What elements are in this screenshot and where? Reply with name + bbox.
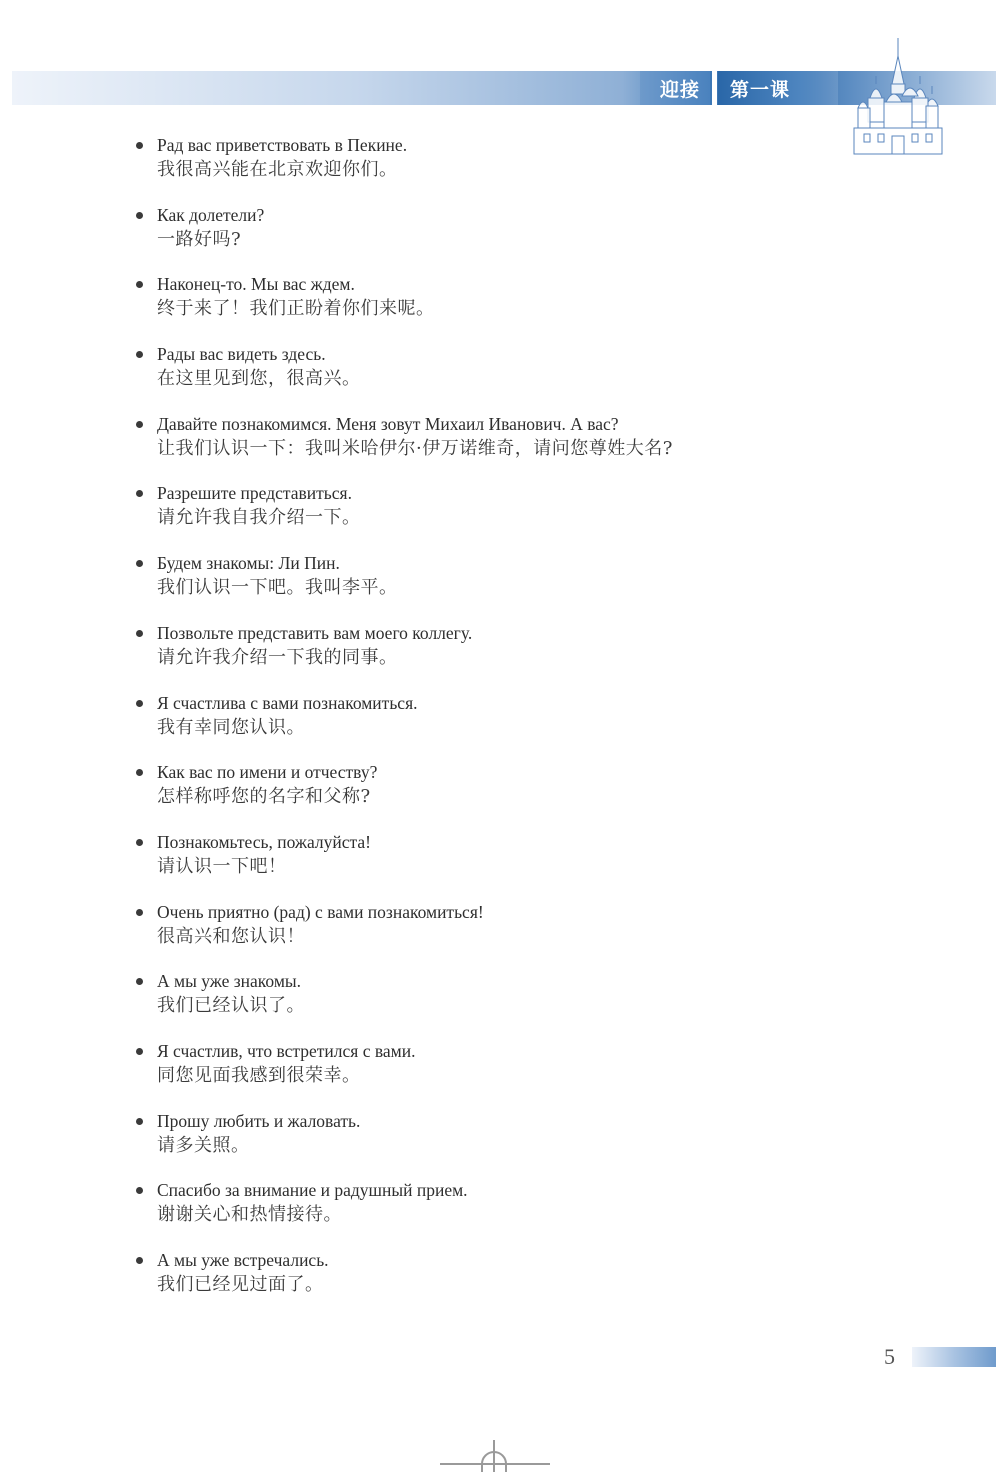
phrase-chinese: 请允许我自我介绍一下。 bbox=[157, 505, 673, 531]
phrase-russian: Как долетели? bbox=[157, 203, 673, 227]
phrase-item: Наконец-то. Мы вас ждем.终于来了！我们正盼着你们来呢。 bbox=[133, 272, 673, 342]
bullet-icon bbox=[136, 351, 143, 358]
lesson-title: 第一课 bbox=[718, 71, 838, 105]
phrase-chinese: 我们已经认识了。 bbox=[157, 993, 673, 1019]
phrase-item: Будем знакомы: Ли Пин.我们认识一下吧。我叫李平。 bbox=[133, 551, 673, 621]
phrase-chinese: 在这里见到您，很高兴。 bbox=[157, 366, 673, 392]
phrase-russian: Я счастлив, что встретился с вами. bbox=[157, 1039, 673, 1063]
bullet-icon bbox=[136, 978, 143, 985]
phrase-chinese: 谢谢关心和热情接待。 bbox=[157, 1202, 673, 1228]
phrase-chinese: 请多关照。 bbox=[157, 1133, 673, 1159]
phrase-russian: Разрешите представиться. bbox=[157, 481, 673, 505]
phrase-chinese: 一路好吗? bbox=[157, 227, 673, 253]
phrase-russian: Спасибо за внимание и радушный прием. bbox=[157, 1178, 673, 1202]
bullet-icon bbox=[136, 909, 143, 916]
phrase-russian: Наконец-то. Мы вас ждем. bbox=[157, 272, 673, 296]
bullet-icon bbox=[136, 142, 143, 149]
phrase-chinese: 我很高兴能在北京欢迎你们。 bbox=[157, 157, 673, 183]
bullet-icon bbox=[136, 769, 143, 776]
phrase-russian: А мы уже встречались. bbox=[157, 1248, 673, 1272]
phrase-russian: Познакомьтесь, пожалуйста! bbox=[157, 830, 673, 854]
phrase-russian: Рады вас видеть здесь. bbox=[157, 342, 673, 366]
phrase-russian: Будем знакомы: Ли Пин. bbox=[157, 551, 673, 575]
phrase-chinese: 我们已经见过面了。 bbox=[157, 1272, 673, 1298]
phrase-chinese: 怎样称呼您的名字和父称? bbox=[157, 784, 673, 810]
phrase-russian: Позвольте представить вам моего коллегу. bbox=[157, 621, 673, 645]
phrase-russian: Я счастлива с вами познакомиться. bbox=[157, 691, 673, 715]
phrase-russian: Давайте познакомимся. Меня зовут Михаил … bbox=[157, 412, 673, 436]
phrase-item: Я счастлив, что встретился с вами.同您见面我感… bbox=[133, 1039, 673, 1109]
phrase-list: Рад вас приветствовать в Пекине.我很高兴能在北京… bbox=[133, 133, 673, 1318]
phrase-chinese: 终于来了！我们正盼着你们来呢。 bbox=[157, 296, 673, 322]
phrase-item: Давайте познакомимся. Меня зовут Михаил … bbox=[133, 412, 673, 482]
phrase-item: Прошу любить и жаловать.请多关照。 bbox=[133, 1109, 673, 1179]
phrase-item: Как вас по имени и отчеству?怎样称呼您的名字和父称? bbox=[133, 760, 673, 830]
footer-band bbox=[912, 1347, 996, 1367]
phrase-item: Рад вас приветствовать в Пекине.我很高兴能在北京… bbox=[133, 133, 673, 203]
bullet-icon bbox=[136, 1187, 143, 1194]
phrase-russian: А мы уже знакомы. bbox=[157, 969, 673, 993]
phrase-chinese: 同您见面我感到很荣幸。 bbox=[157, 1063, 673, 1089]
bullet-icon bbox=[136, 212, 143, 219]
bullet-icon bbox=[136, 421, 143, 428]
phrase-chinese: 我们认识一下吧。我叫李平。 bbox=[157, 575, 673, 601]
phrase-russian: Очень приятно (рад) с вами познакомиться… bbox=[157, 900, 673, 924]
bullet-icon bbox=[136, 700, 143, 707]
section-title: 迎接 bbox=[640, 71, 710, 105]
phrase-chinese: 很高兴和您认识！ bbox=[157, 924, 673, 950]
phrase-russian: Как вас по имени и отчеству? bbox=[157, 760, 673, 784]
phrase-item: Очень приятно (рад) с вами познакомиться… bbox=[133, 900, 673, 970]
phrase-chinese: 我有幸同您认识。 bbox=[157, 715, 673, 741]
bullet-icon bbox=[136, 560, 143, 567]
bullet-icon bbox=[136, 490, 143, 497]
phrase-chinese: 让我们认识一下：我叫米哈伊尔·伊万诺维奇，请问您尊姓大名? bbox=[157, 436, 673, 462]
phrase-item: А мы уже встречались.我们已经见过面了。 bbox=[133, 1248, 673, 1318]
page-number: 5 bbox=[884, 1344, 895, 1370]
phrase-item: Спасибо за внимание и радушный прием.谢谢关… bbox=[133, 1178, 673, 1248]
header-divider bbox=[712, 71, 717, 105]
phrase-item: Я счастлива с вами познакомиться.我有幸同您认识… bbox=[133, 691, 673, 761]
phrase-item: Как долетели?一路好吗? bbox=[133, 203, 673, 273]
phrase-chinese: 请允许我介绍一下我的同事。 bbox=[157, 645, 673, 671]
bullet-icon bbox=[136, 630, 143, 637]
bullet-icon bbox=[136, 839, 143, 846]
bullet-icon bbox=[136, 1048, 143, 1055]
phrase-item: Разрешите представиться.请允许我自我介绍一下。 bbox=[133, 481, 673, 551]
bullet-icon bbox=[136, 1257, 143, 1264]
cathedral-icon bbox=[848, 36, 948, 158]
phrase-item: Позвольте представить вам моего коллегу.… bbox=[133, 621, 673, 691]
bullet-icon bbox=[136, 281, 143, 288]
phrase-chinese: 请认识一下吧！ bbox=[157, 854, 673, 880]
bullet-icon bbox=[136, 1118, 143, 1125]
phrase-russian: Рад вас приветствовать в Пекине. bbox=[157, 133, 673, 157]
phrase-item: А мы уже знакомы.我们已经认识了。 bbox=[133, 969, 673, 1039]
phrase-item: Рады вас видеть здесь.在这里见到您，很高兴。 bbox=[133, 342, 673, 412]
registration-mark-icon bbox=[440, 1436, 550, 1472]
phrase-item: Познакомьтесь, пожалуйста!请认识一下吧！ bbox=[133, 830, 673, 900]
phrase-russian: Прошу любить и жаловать. bbox=[157, 1109, 673, 1133]
